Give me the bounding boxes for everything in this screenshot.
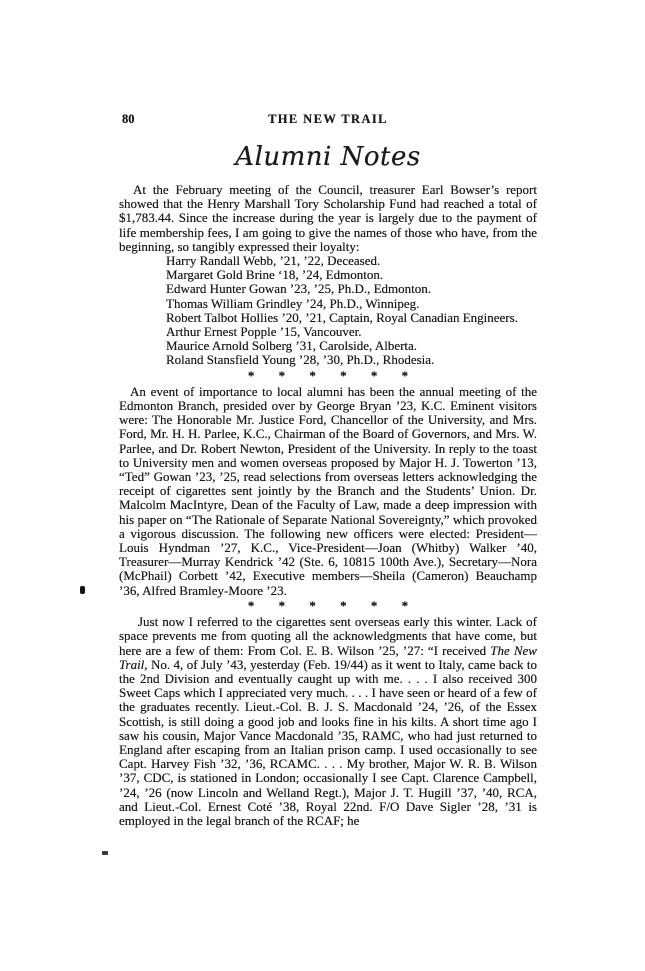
donor-entry: Edward Hunter Gowan ’23, ’25, Ph.D., Edm…	[166, 282, 537, 296]
journal-title: THE NEW TRAIL	[119, 112, 537, 126]
letters-text-after-title: , No. 4, of July ’43, yesterday (Feb. 19…	[119, 657, 537, 828]
donor-entry: Roland Stansfield Young ’28, ’30, Ph.D.,…	[166, 353, 537, 367]
ink-speck	[102, 851, 108, 855]
donor-name-list: Harry Randall Webb, ’21, ’22, Deceased.M…	[119, 254, 537, 368]
paragraph-edmonton-branch-meeting: An event of importance to local alumni h…	[119, 385, 537, 598]
ink-speck	[80, 586, 85, 594]
asterisk-separator: * * * * * *	[119, 599, 537, 613]
paragraph-scholarship-fund: At the February meeting of the Council, …	[119, 183, 537, 254]
running-head: 80 THE NEW TRAIL	[119, 112, 537, 127]
section-title-alumni-notes: Alumni Notes	[119, 142, 537, 172]
scanned-magazine-page: 80 THE NEW TRAIL Alumni Notes At the Feb…	[0, 0, 645, 971]
donor-entry: Arthur Ernest Popple ’15, Vancouver.	[166, 325, 537, 339]
donor-entry: Margaret Gold Brine ‘18, ’24, Edmonton.	[166, 268, 537, 282]
text-column: 80 THE NEW TRAIL Alumni Notes At the Feb…	[119, 112, 537, 828]
paragraph-overseas-letters: Just now I referred to the cigarettes se…	[119, 615, 537, 828]
asterisk-separator: * * * * * *	[119, 369, 537, 383]
donor-entry: Robert Talbot Hollies ’20, ’21, Captain,…	[166, 311, 537, 325]
donor-entry: Harry Randall Webb, ’21, ’22, Deceased.	[166, 254, 537, 268]
page-number: 80	[122, 112, 135, 126]
letters-text-before-title: Just now I referred to the cigarettes se…	[119, 614, 537, 657]
donor-entry: Thomas William Grindley ’24, Ph.D., Winn…	[166, 297, 537, 311]
donor-entry: Maurice Arnold Solberg ’31, Carolside, A…	[166, 339, 537, 353]
